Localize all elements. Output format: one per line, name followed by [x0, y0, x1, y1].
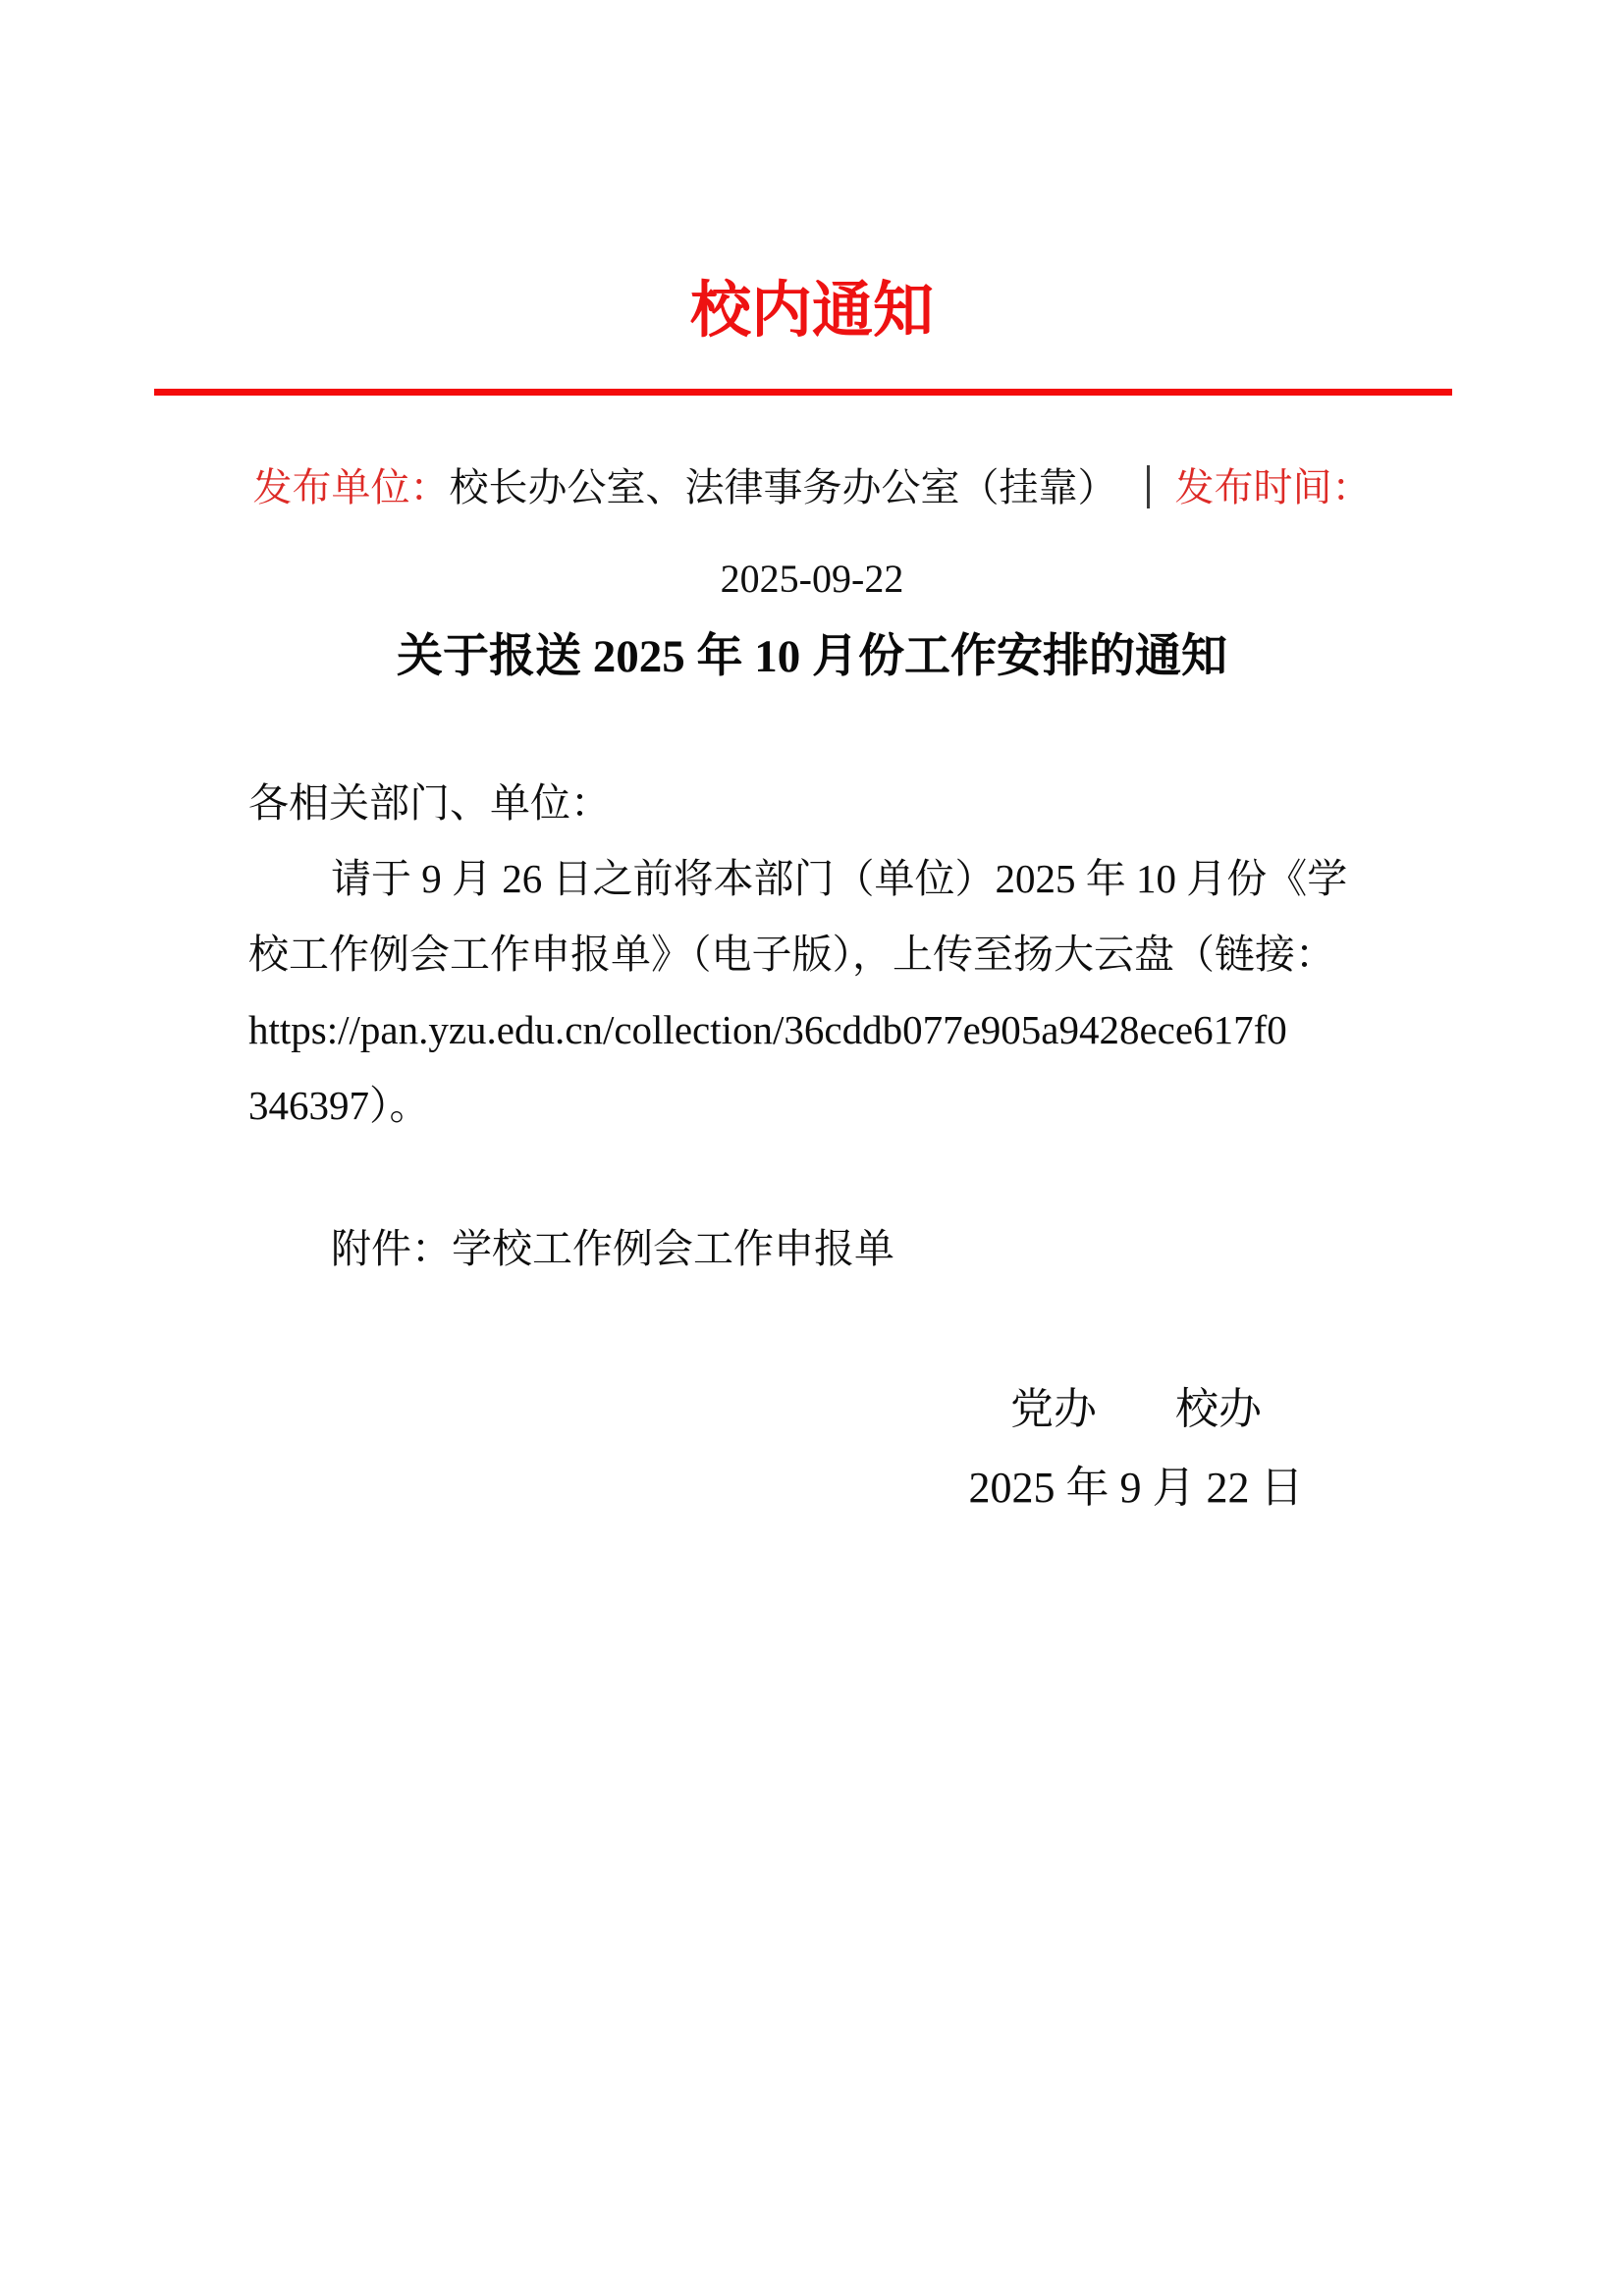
publish-time-label: 发布时间：	[1175, 465, 1372, 509]
notice-heading: 关于报送 2025 年 10 月份工作安排的通知	[0, 624, 1624, 689]
publish-time-value: 2025-09-22	[0, 552, 1624, 607]
attachment-line: 附件：学校工作例会工作申报单	[331, 1219, 894, 1278]
signature-date: 2025 年 9 月 22 日	[648, 1449, 1624, 1527]
attachment-label: 附件：	[331, 1226, 452, 1271]
meta-divider-bar	[1147, 465, 1150, 508]
publish-unit-label: 发布单位：	[253, 465, 450, 509]
cloud-link-url: https://pan.yzu.edu.cn/collection/36cddb…	[248, 992, 1387, 1068]
signer-school-office: 校办	[1175, 1385, 1262, 1433]
publish-meta-row: 发布单位：校长办公室、法律事务办公室（挂靠）发布时间：	[0, 459, 1624, 516]
body-line-1: 请于 9 月 26 日之前将本部门（单位）2025 年 10 月份《学	[248, 841, 1387, 917]
publish-unit-value: 校长办公室、法律事务办公室（挂靠）	[450, 465, 1117, 509]
body-line-4: 346397）。	[248, 1068, 1387, 1144]
signature-block: 党办校办 2025 年 9 月 22 日	[648, 1370, 1624, 1527]
signer-line: 党办校办	[648, 1370, 1624, 1449]
body-line-2: 校工作例会工作申报单》（电子版），上传至扬大云盘（链接：	[248, 917, 1387, 992]
notice-page: 校内通知 发布单位：校长办公室、法律事务办公室（挂靠）发布时间： 2025-09…	[0, 0, 1624, 2296]
signer-party-office: 党办	[1010, 1385, 1097, 1433]
notice-body: 各相关部门、单位： 请于 9 月 26 日之前将本部门（单位）2025 年 10…	[248, 766, 1387, 1144]
page-title: 校内通知	[0, 271, 1624, 351]
attachment-value: 学校工作例会工作申报单	[452, 1226, 894, 1271]
title-underline-rule	[154, 389, 1452, 396]
salutation-line: 各相关部门、单位：	[248, 766, 1387, 841]
